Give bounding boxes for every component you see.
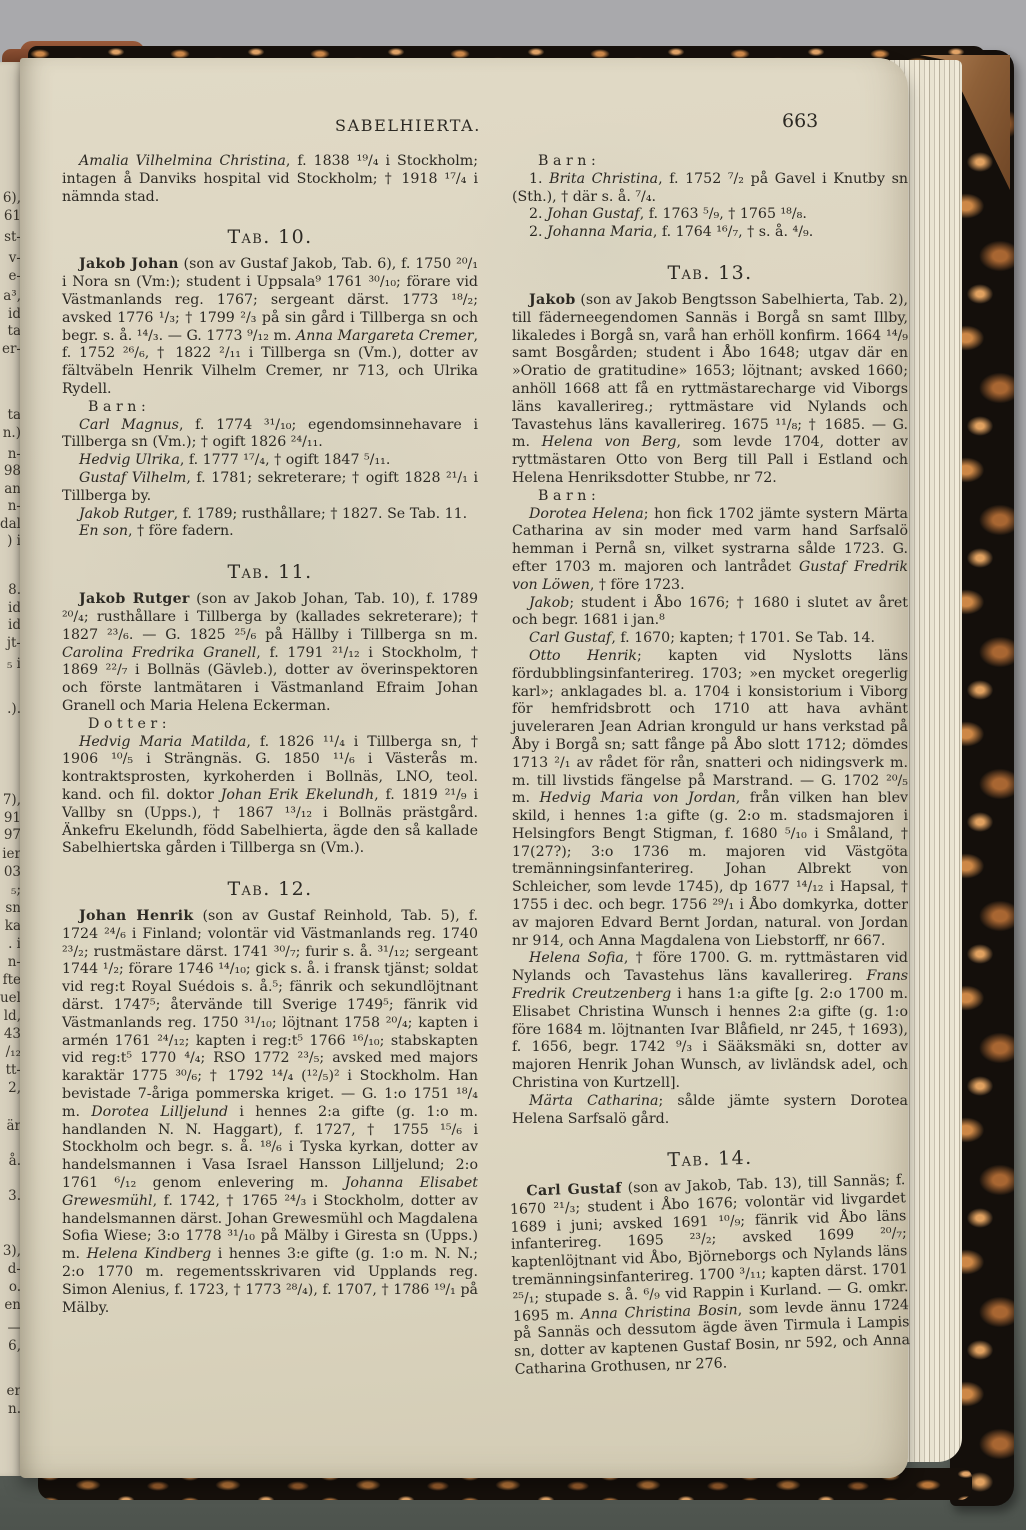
text-run: , † före fadern.	[128, 523, 234, 539]
cutoff-text-fragment: fte	[3, 974, 21, 988]
genealogy-paragraph: Jakob Rutger (son av Jakob Johan, Tab. 1…	[62, 591, 478, 716]
genealogy-paragraph: Dorotea Helena; hon fick 1702 jämte syst…	[512, 506, 908, 595]
text-run: ; student i Åbo 1676; † 1680 i slutet av…	[512, 595, 908, 629]
person-name-italic: Helena von Berg	[542, 434, 677, 450]
person-name-italic: Johan Erik Ekelundh	[221, 787, 374, 803]
person-name-italic: Amalia Vilhelmina Christina	[79, 153, 286, 169]
cutoff-text-fragment: jt-	[7, 637, 21, 651]
person-name-italic: Jakob Rutger	[79, 506, 174, 522]
genealogy-paragraph: 1. Brita Christina, f. 1752 ⁷/₂ på Gavel…	[512, 171, 908, 207]
previous-page-edge: 6),61st-v-e-a³,idtaer-tan.)n-98ann-dal) …	[0, 62, 22, 1476]
text-run: , f. 1670; kapten; † 1701. Se Tab. 14.	[611, 630, 875, 646]
cutoff-text-fragment: n-	[8, 448, 21, 462]
cutoff-text-fragment: 91	[4, 812, 21, 826]
person-name-italic: Johanna Maria	[547, 224, 653, 240]
person-name-bold: Jakob Rutger	[79, 591, 190, 607]
cutoff-text-fragment: uel	[0, 992, 21, 1006]
person-name-italic: Märta Catharina	[529, 1093, 659, 1109]
genealogy-paragraph: Gustaf Vilhelm, f. 1781; sekreterare; † …	[62, 470, 478, 506]
genealogy-paragraph: Carl Gustaf, f. 1670; kapten; † 1701. Se…	[512, 630, 908, 648]
cutoff-text-fragment: —	[8, 1322, 22, 1336]
text-column-right: Barn:1. Brita Christina, f. 1752 ⁷/₂ på …	[512, 153, 908, 1374]
cutoff-text-fragment: en	[4, 1299, 21, 1313]
cutoff-text-fragment: a³,	[3, 290, 21, 304]
tab-heading: Tab. 12.	[62, 878, 478, 900]
cutoff-text-fragment: 61	[4, 210, 21, 224]
genealogy-paragraph: Jakob (son av Jakob Bengtsson Sabelhiert…	[512, 292, 908, 488]
person-name-italic: Dorotea Helena	[529, 506, 644, 522]
person-name-bold: Jakob	[529, 292, 576, 308]
text-columns: Amalia Vilhelmina Christina, f. 1838 ¹⁹/…	[62, 153, 908, 1374]
genealogy-paragraph: Jakob; student i Åbo 1676; † 1680 i slut…	[512, 595, 908, 631]
cutoff-text-fragment: ) i	[7, 535, 21, 549]
running-title: SABELHIERTA.	[335, 116, 481, 135]
person-name-bold: Jakob Johan	[79, 256, 179, 272]
cutoff-text-fragment: ta	[8, 409, 21, 423]
cutoff-text-fragment: .).	[7, 703, 21, 717]
person-name-bold: Carl Gustaf	[526, 1181, 622, 1200]
genealogy-paragraph: Jakob Johan (son av Gustaf Jakob, Tab. 6…	[62, 256, 478, 398]
text-run: (son av Gustaf Reinhold, Tab. 5), f. 172…	[62, 908, 478, 1120]
genealogy-paragraph: Märta Catharina; sålde jämte systern Dor…	[512, 1093, 908, 1129]
genealogy-paragraph: Johan Henrik (son av Gustaf Reinhold, Ta…	[62, 908, 478, 1317]
cutoff-text-fragment: ₅ i	[7, 658, 21, 672]
children-label: Barn:	[512, 153, 908, 171]
text-run: , f. 1789; rusthållare; † 1827. Se Tab. …	[174, 506, 468, 522]
person-name-italic: Brita Christina	[549, 171, 658, 187]
person-name-italic: Hedvig Ulrika	[79, 452, 180, 468]
book-photo-scene: 6),61st-v-e-a³,idtaer-tan.)n-98ann-dal) …	[0, 0, 1026, 1530]
text-run: 1.	[529, 171, 549, 187]
person-name-italic: Hedvig Maria Matilda	[79, 734, 246, 750]
cutoff-text-fragment: n-	[8, 500, 21, 514]
genealogy-paragraph: 2. Johanna Maria, f. 1764 ¹⁶/₇, † s. å. …	[512, 224, 908, 242]
text-run: 2.	[529, 206, 547, 222]
cutoff-text-fragment: ier	[2, 848, 21, 862]
genealogy-paragraph: 2. Johan Gustaf, f. 1763 ⁵/₉, † 1765 ¹⁸/…	[512, 206, 908, 224]
cutoff-text-fragment: sn	[5, 902, 21, 916]
text-run: , f. 1764 ¹⁶/₇, † s. å. ⁴/₉.	[653, 224, 813, 240]
cutoff-text-fragment: 6),	[3, 192, 21, 206]
children-label: Barn:	[512, 488, 908, 506]
tab-heading: Tab. 10.	[62, 226, 478, 248]
page-number: 663	[782, 110, 818, 132]
genealogy-paragraph: Carl Magnus, f. 1774 ³¹/₁₀; egendomsinne…	[62, 417, 478, 453]
cutoff-text-fragment: dal	[0, 518, 21, 532]
cutoff-text-fragment: /₁₂	[6, 1046, 21, 1060]
genealogy-paragraph: Amalia Vilhelmina Christina, f. 1838 ¹⁹/…	[62, 153, 478, 206]
cutoff-text-fragment: är	[6, 1120, 21, 1134]
text-run: 2.	[529, 224, 547, 240]
person-name-bold: Johan Henrik	[79, 908, 193, 924]
person-name-italic: Dorotea Lilljelund	[91, 1104, 228, 1120]
cutoff-text-fragment: ta	[8, 325, 21, 339]
genealogy-paragraph: Carl Gustaf (son av Jakob, Tab. 13), til…	[509, 1173, 911, 1380]
genealogy-paragraph: Otto Henrik; kapten vid Nyslotts läns fö…	[512, 648, 908, 951]
person-name-italic: Helena Sofia	[529, 950, 624, 966]
cutoff-text-fragment: 3),	[3, 1245, 21, 1259]
tab-heading: Tab. 11.	[62, 561, 478, 583]
cutoff-text-fragment: ka	[5, 920, 21, 934]
person-name-italic: Carolina Fredrika Granell	[62, 645, 256, 661]
text-column-left: Amalia Vilhelmina Christina, f. 1838 ¹⁹/…	[62, 153, 478, 1374]
genealogy-paragraph: Hedvig Maria Matilda, f. 1826 ¹¹/₄ i Til…	[62, 734, 478, 859]
cutoff-text-fragment: st-	[4, 231, 21, 245]
tab-heading: Tab. 13.	[512, 262, 908, 284]
person-name-italic: Gustaf Vilhelm	[79, 470, 186, 486]
person-name-italic: Carl Gustaf	[529, 630, 611, 646]
person-name-italic: Anna Margareta Cremer	[296, 328, 473, 344]
text-run: , f. 1763 ⁵/₉, † 1765 ¹⁸/₈.	[640, 206, 807, 222]
children-label: Dotter:	[62, 716, 478, 734]
cutoff-text-fragment: 7),	[3, 794, 21, 808]
genealogy-paragraph: Hedvig Ulrika, f. 1777 ¹⁷/₄, † ogift 184…	[62, 452, 478, 470]
cutoff-text-fragment: 03	[4, 866, 21, 880]
cutoff-text-fragment: er	[7, 1385, 21, 1399]
cutoff-text-fragment: 98	[4, 465, 21, 479]
genealogy-paragraph: En son, † före fadern.	[62, 523, 478, 541]
book-page: SABELHIERTA. 663 Amalia Vilhelmina Chris…	[20, 58, 908, 1478]
person-name-italic: Johan Gustaf	[547, 206, 640, 222]
cutoff-text-fragment: 43	[4, 1028, 21, 1042]
text-run: , från vilken han blev skild, i hennes 1…	[512, 790, 908, 948]
person-name-italic: En son	[79, 523, 128, 539]
genealogy-paragraph: Jakob Rutger, f. 1789; rusthållare; † 18…	[62, 506, 478, 524]
cutoff-text-fragment: n.)	[3, 427, 21, 441]
cutoff-text-fragment: 97	[4, 829, 21, 843]
person-name-italic: Otto Henrik	[529, 648, 637, 664]
cutoff-text-fragment: er-	[2, 343, 21, 357]
person-name-italic: Helena Kindberg	[87, 1246, 212, 1262]
tab-heading: Tab. 14.	[512, 1143, 908, 1177]
children-label: Barn:	[62, 399, 478, 417]
text-run: ; kapten vid Nyslotts läns fördubblingsi…	[512, 648, 908, 806]
cutoff-text-fragment: n-	[8, 956, 21, 970]
text-run: (son av Jakob Bengtsson Sabelhierta, Tab…	[512, 292, 908, 450]
person-name-italic: Jakob	[529, 595, 569, 611]
genealogy-paragraph: Helena Sofia, † före 1700. G. m. ryttmäs…	[512, 950, 908, 1092]
text-run: , † före 1723.	[590, 577, 685, 593]
cutoff-text-fragment: ld,	[4, 1010, 21, 1024]
person-name-italic: Carl Magnus	[79, 417, 179, 433]
cutoff-text-fragment: an	[4, 483, 21, 497]
cutoff-text-fragment: tt-	[6, 1064, 21, 1078]
text-run: , f. 1777 ¹⁷/₄, † ogift 1847 ⁵/₁₁.	[180, 452, 390, 468]
person-name-italic: Hedvig Maria von Jordan	[540, 790, 736, 806]
